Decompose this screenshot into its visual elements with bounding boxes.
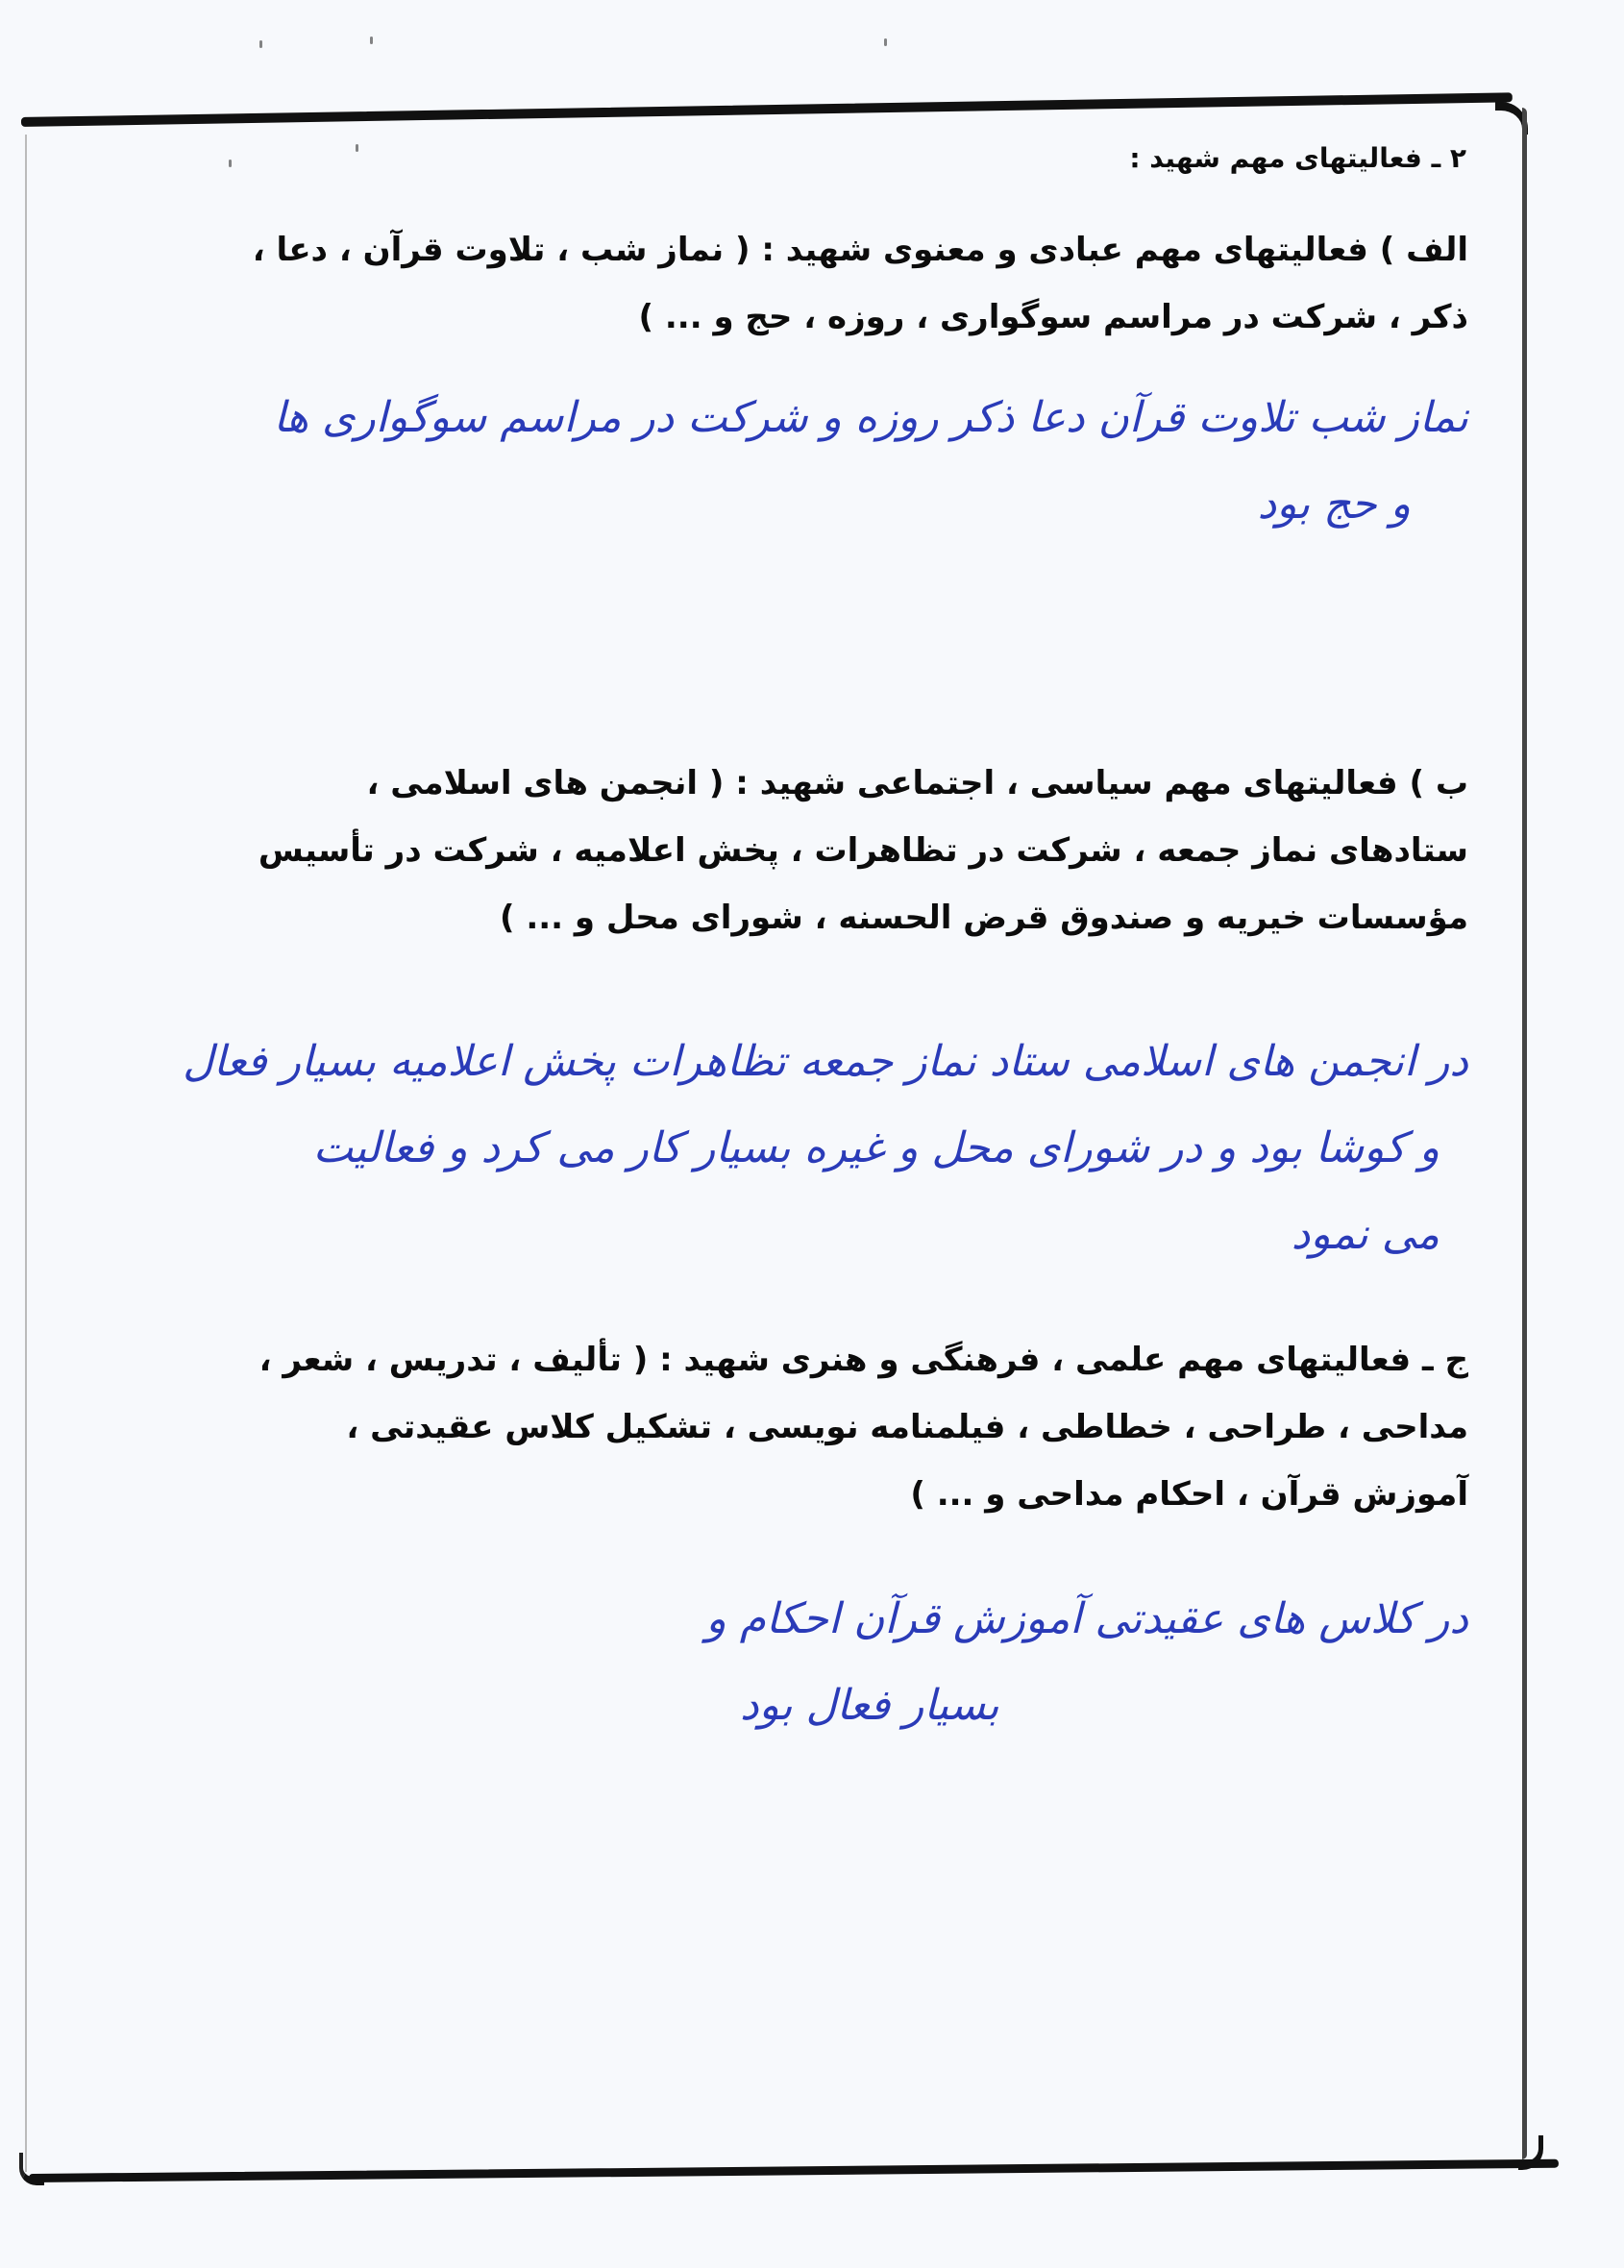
printed-line: مؤسسات خیریه و صندوق قرض الحسنه ، شورای …: [67, 884, 1468, 951]
handwritten-line: بسیار فعال بود: [67, 1663, 1468, 1749]
printed-line: ذکر ، شرکت در مراسم سوگواری ، روزه ، حج …: [67, 283, 1468, 351]
printed-line: آموزش قرآن ، احکام مداحی و ... ): [67, 1461, 1468, 1528]
section-a-handwritten-answer: نماز شب تلاوت قرآن دعا ذکر روزه و شرکت د…: [67, 375, 1468, 548]
handwritten-line: نماز شب تلاوت قرآن دعا ذکر روزه و شرکت د…: [67, 375, 1468, 461]
frame-corner-bottom-left: [19, 2153, 44, 2185]
frame-top-border: [21, 92, 1513, 127]
scan-speck: [229, 160, 232, 167]
scan-speck: [884, 38, 887, 46]
handwritten-line: و کوشا بود و در شورای محل و غیره بسیار ک…: [67, 1105, 1468, 1278]
scan-speck: [370, 37, 373, 44]
section-c-handwritten-answer: در کلاس های عقیدتی آموزش قرآن احکام و بس…: [67, 1576, 1468, 1749]
section-a-printed: الف ) فعالیتهای مهم عبادی و معنوی شهید :…: [67, 216, 1468, 351]
printed-line: مداحی ، طراحی ، خطاطی ، فیلمنامه نویسی ،…: [67, 1393, 1468, 1461]
frame-left-border: [25, 135, 27, 2172]
handwritten-line: در کلاس های عقیدتی آموزش قرآن احکام و: [67, 1576, 1468, 1663]
section-heading: ۲ ـ فعالیتهای مهم شهید :: [1129, 142, 1466, 174]
handwritten-line: و حج بود: [67, 461, 1468, 548]
scan-speck: [356, 144, 358, 152]
section-b-printed: ب ) فعالیتهای مهم سیاسی ، اجتماعی شهید :…: [67, 750, 1468, 951]
section-b-handwritten-answer: در انجمن های اسلامی ستاد نماز جمعه تظاهر…: [67, 1019, 1468, 1278]
frame-bottom-border: [29, 2159, 1559, 2182]
printed-line: الف ) فعالیتهای مهم عبادی و معنوی شهید :…: [67, 216, 1468, 283]
section-c-printed: ج ـ فعالیتهای مهم علمی ، فرهنگی و هنری ش…: [67, 1326, 1468, 1528]
printed-line: ج ـ فعالیتهای مهم علمی ، فرهنگی و هنری ش…: [67, 1326, 1468, 1393]
scan-speck: [259, 40, 262, 48]
handwritten-line: در انجمن های اسلامی ستاد نماز جمعه تظاهر…: [67, 1019, 1468, 1105]
printed-line: ستادهای نماز جمعه ، شرکت در تظاهرات ، پخ…: [67, 817, 1468, 884]
frame-right-border: [1522, 108, 1527, 2159]
printed-line: ب ) فعالیتهای مهم سیاسی ، اجتماعی شهید :…: [67, 750, 1468, 817]
